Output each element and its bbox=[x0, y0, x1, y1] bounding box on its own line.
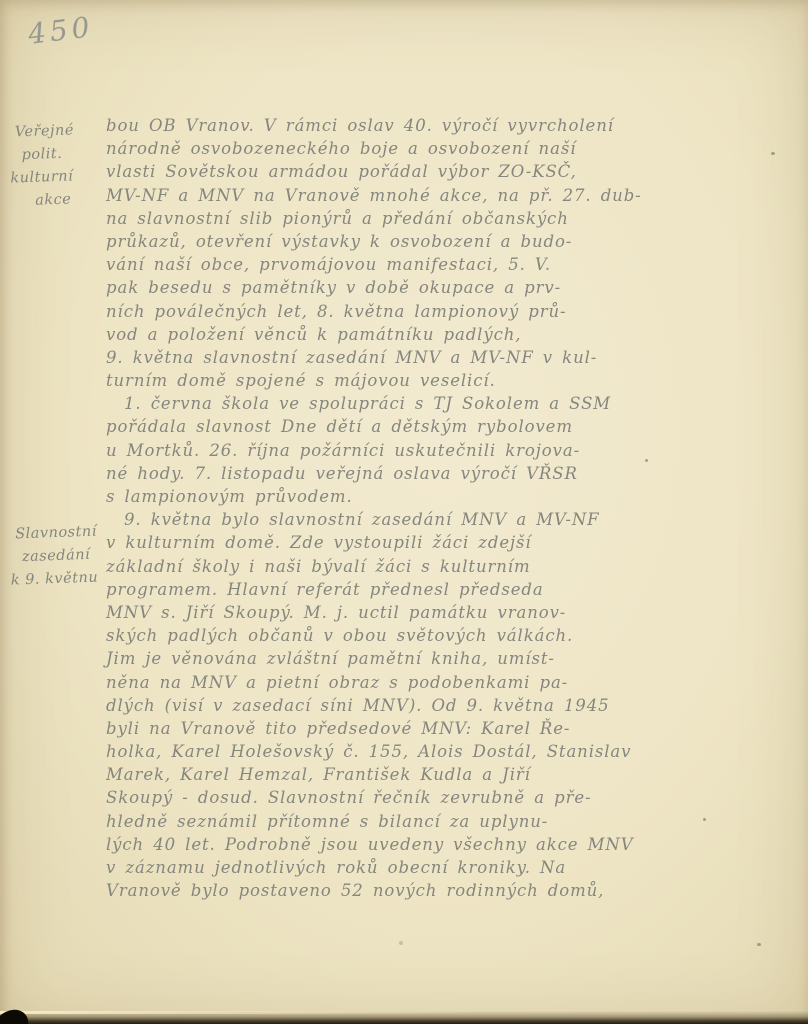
chronicle-line: MV-NF a MNV na Vranově mnohé akce, na př… bbox=[106, 184, 798, 207]
margin-note-line: zasedání bbox=[22, 543, 105, 569]
paper-speck bbox=[703, 818, 706, 821]
margin-note-line: Veřejné bbox=[14, 118, 103, 144]
chronicle-line: Jim je věnována zvláštní pamětní kniha, … bbox=[106, 647, 798, 670]
chronicle-line: programem. Hlavní referát přednesl předs… bbox=[106, 578, 798, 601]
margin-note-public-cultural-events: Veřejné polit. kulturní akce bbox=[6, 118, 105, 213]
chronicle-line: průkazů, otevření výstavky k osvobození … bbox=[106, 230, 798, 253]
paper-speck bbox=[771, 152, 775, 155]
chronicle-line: národně osvobozeneckého boje a osvobozen… bbox=[106, 137, 798, 160]
chronicle-line: MNV s. Jiří Skoupý. M. j. uctil památku … bbox=[106, 601, 798, 624]
chronicle-line: 9. května slavnostní zasedání MNV a MV-N… bbox=[106, 346, 798, 369]
chronicle-line: turním domě spojené s májovou veselicí. bbox=[106, 369, 798, 392]
chronicle-line: dlých (visí v zasedací síni MNV). Od 9. … bbox=[106, 694, 798, 717]
chronicle-line: ských padlých občanů v obou světových vá… bbox=[106, 624, 798, 647]
chronicle-line: hledně seznámil přítomné s bilancí za up… bbox=[106, 810, 798, 833]
chronicle-line: Marek, Karel Hemzal, František Kudla a J… bbox=[106, 763, 798, 786]
margin-note-line: k 9. květnu bbox=[10, 566, 105, 592]
margin-note-line: polit. bbox=[21, 141, 104, 167]
margin-note-ceremonial-session: Slavnostní zasedání k 9. květnu bbox=[7, 520, 105, 592]
margin-note-line: Slavnostní bbox=[15, 520, 104, 546]
chronicle-line: něna na MNV a pietní obraz s podobenkami… bbox=[106, 671, 798, 694]
chronicle-line: vlasti Sovětskou armádou pořádal výbor Z… bbox=[106, 160, 798, 183]
chronicle-line: pořádala slavnost Dne dětí a dětským ryb… bbox=[106, 415, 798, 438]
chronicle-line: holka, Karel Holešovský č. 155, Alois Do… bbox=[106, 740, 798, 763]
chronicle-line: s lampionovým průvodem. bbox=[106, 485, 798, 508]
chronicle-line: 1. června škola ve spolupráci s TJ Sokol… bbox=[106, 392, 798, 415]
chronicle-line: v kulturním domě. Zde vystoupili žáci zd… bbox=[106, 531, 798, 554]
chronicle-line: vání naší obce, prvomájovou manifestaci,… bbox=[106, 253, 798, 276]
chronicle-line: v záznamu jednotlivých roků obecní kroni… bbox=[106, 856, 798, 879]
handwritten-body-text: bou OB Vranov. V rámci oslav 40. výročí … bbox=[106, 114, 798, 902]
chronicle-line: ních poválečných let, 8. května lampiono… bbox=[106, 300, 798, 323]
page-number: 450 bbox=[26, 10, 95, 51]
chronicle-line: bou OB Vranov. V rámci oslav 40. výročí … bbox=[106, 114, 798, 137]
margin-note-line: kulturní bbox=[10, 164, 105, 190]
chronicle-line: u Mortků. 26. října požárníci uskutečnil… bbox=[106, 439, 798, 462]
chronicle-page: 450 Veřejné polit. kulturní akce Slavnos… bbox=[0, 0, 808, 1024]
chronicle-line: základní školy i naši bývalí žáci s kult… bbox=[106, 555, 798, 578]
chronicle-line: Skoupý - dosud. Slavnostní řečník zevrub… bbox=[106, 786, 798, 809]
chronicle-line: lých 40 let. Podrobně jsou uvedeny všech… bbox=[106, 833, 798, 856]
chronicle-line: pak besedu s pamětníky v době okupace a … bbox=[106, 276, 798, 299]
chronicle-line: na slavnostní slib pionýrů a předání obč… bbox=[106, 207, 798, 230]
chronicle-line: 9. května bylo slavnostní zasedání MNV a… bbox=[106, 508, 798, 531]
chronicle-line: Vranově bylo postaveno 52 nových rodinný… bbox=[106, 879, 798, 902]
margin-note-line: akce bbox=[35, 187, 106, 212]
chronicle-line: vod a položení věnců k památníku padlých… bbox=[106, 323, 798, 346]
chronicle-line: né hody. 7. listopadu veřejná oslava výr… bbox=[106, 462, 798, 485]
book-bottom-edge-highlight bbox=[0, 1011, 485, 1014]
chronicle-line: byli na Vranově tito předsedové MNV: Kar… bbox=[106, 717, 798, 740]
paper-speck bbox=[399, 941, 403, 945]
paper-speck bbox=[757, 943, 761, 946]
paper-speck bbox=[645, 459, 648, 462]
